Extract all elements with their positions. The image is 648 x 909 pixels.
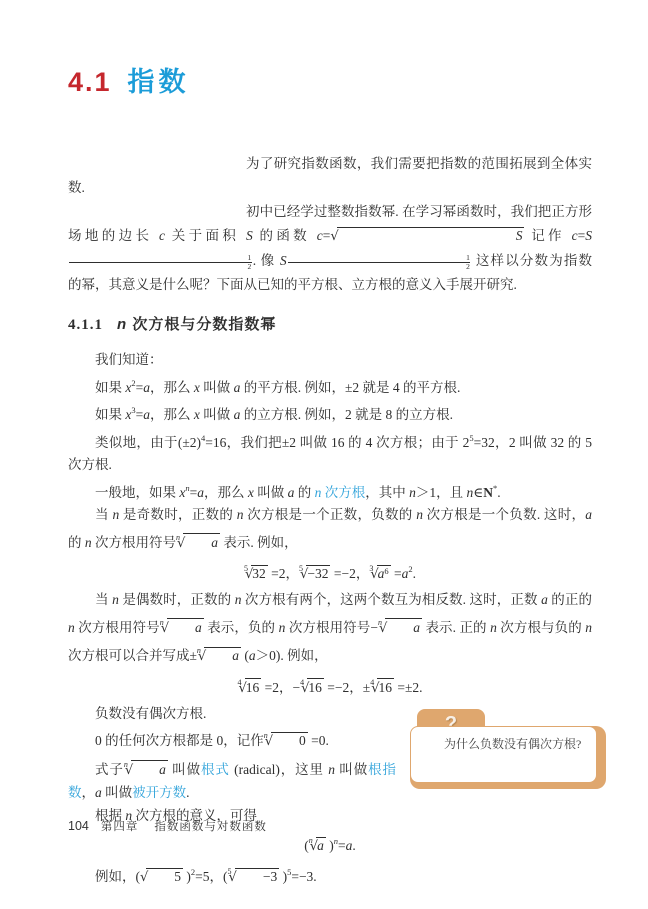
chapter-title: 指数函数与对数函数 (154, 818, 267, 834)
paragraph-similar: 类似地，由于(±2)4=16，我们把±2 叫做 16 的 4 次方根；由于 25… (68, 427, 592, 477)
formula-even-examples: 4√16 =2，−4√16 =−2，±4√16 =±2. (68, 670, 592, 702)
paragraph-final-examples: 例如，(√5 )2=5，(5√−3 )5=−3. (68, 861, 592, 890)
paragraph-we-know: 我们知道： (68, 349, 592, 372)
section-number: 4.1 (68, 67, 112, 97)
formula-odd-examples: 5√32 =2，5√−32 =−2，3√a6 =a2. (68, 556, 592, 588)
paragraph-even-case: 当 n 是偶数时，正数的 n 次方根有两个，这两个数互为相反数. 这时，正数 a… (68, 589, 592, 669)
paragraph-odd-case: 当 n 是奇数时，正数的 n 次方根是一个正数，负数的 n 次方根是一个负数. … (68, 504, 592, 555)
intro-paragraph-2: 初中已经学过整数指数幂. 在学习幂函数时，我们把正方形场地的边长 c 关于面积 … (68, 200, 592, 297)
paragraph-general-def: 一般地，如果 xn=a，那么 x 叫做 a 的 n 次方根，其中 n＞1，且 n… (68, 477, 592, 505)
chapter-label: 第四章 (101, 818, 139, 834)
subsection-title: n 次方根与分数指数幂 (117, 316, 276, 333)
section-title: 4.1指数 (68, 64, 592, 100)
page-number: 104 (68, 819, 89, 833)
callout-question-text: 为什么负数没有偶次方根? (410, 726, 597, 783)
paragraph-square-root: 如果 x2=a，那么 x 叫做 a 的平方根. 例如，±2 就是 4 的平方根. (68, 372, 592, 400)
question-callout-box: ? 为什么负数没有偶次方根? (410, 709, 606, 789)
subsection-heading: 4.1.1n 次方根与分数指数幂 (68, 313, 592, 337)
textbook-page: 4.1指数 为了研究指数函数，我们需要把指数的范围拓展到全体实数. 初中已经学过… (0, 0, 648, 909)
text-column: 4.1指数 为了研究指数函数，我们需要把指数的范围拓展到全体实数. 初中已经学过… (68, 0, 592, 890)
paragraph-cube-root: 如果 x3=a，那么 x 叫做 a 的立方根. 例如，2 就是 8 的立方根. (68, 399, 592, 427)
section-word: 指数 (128, 67, 190, 97)
intro-paragraph-1: 为了研究指数函数，我们需要把指数的范围拓展到全体实数. (68, 152, 592, 200)
page-footer: 104 第四章 指数函数与对数函数 (68, 818, 267, 834)
subsection-number: 4.1.1 (68, 317, 103, 333)
